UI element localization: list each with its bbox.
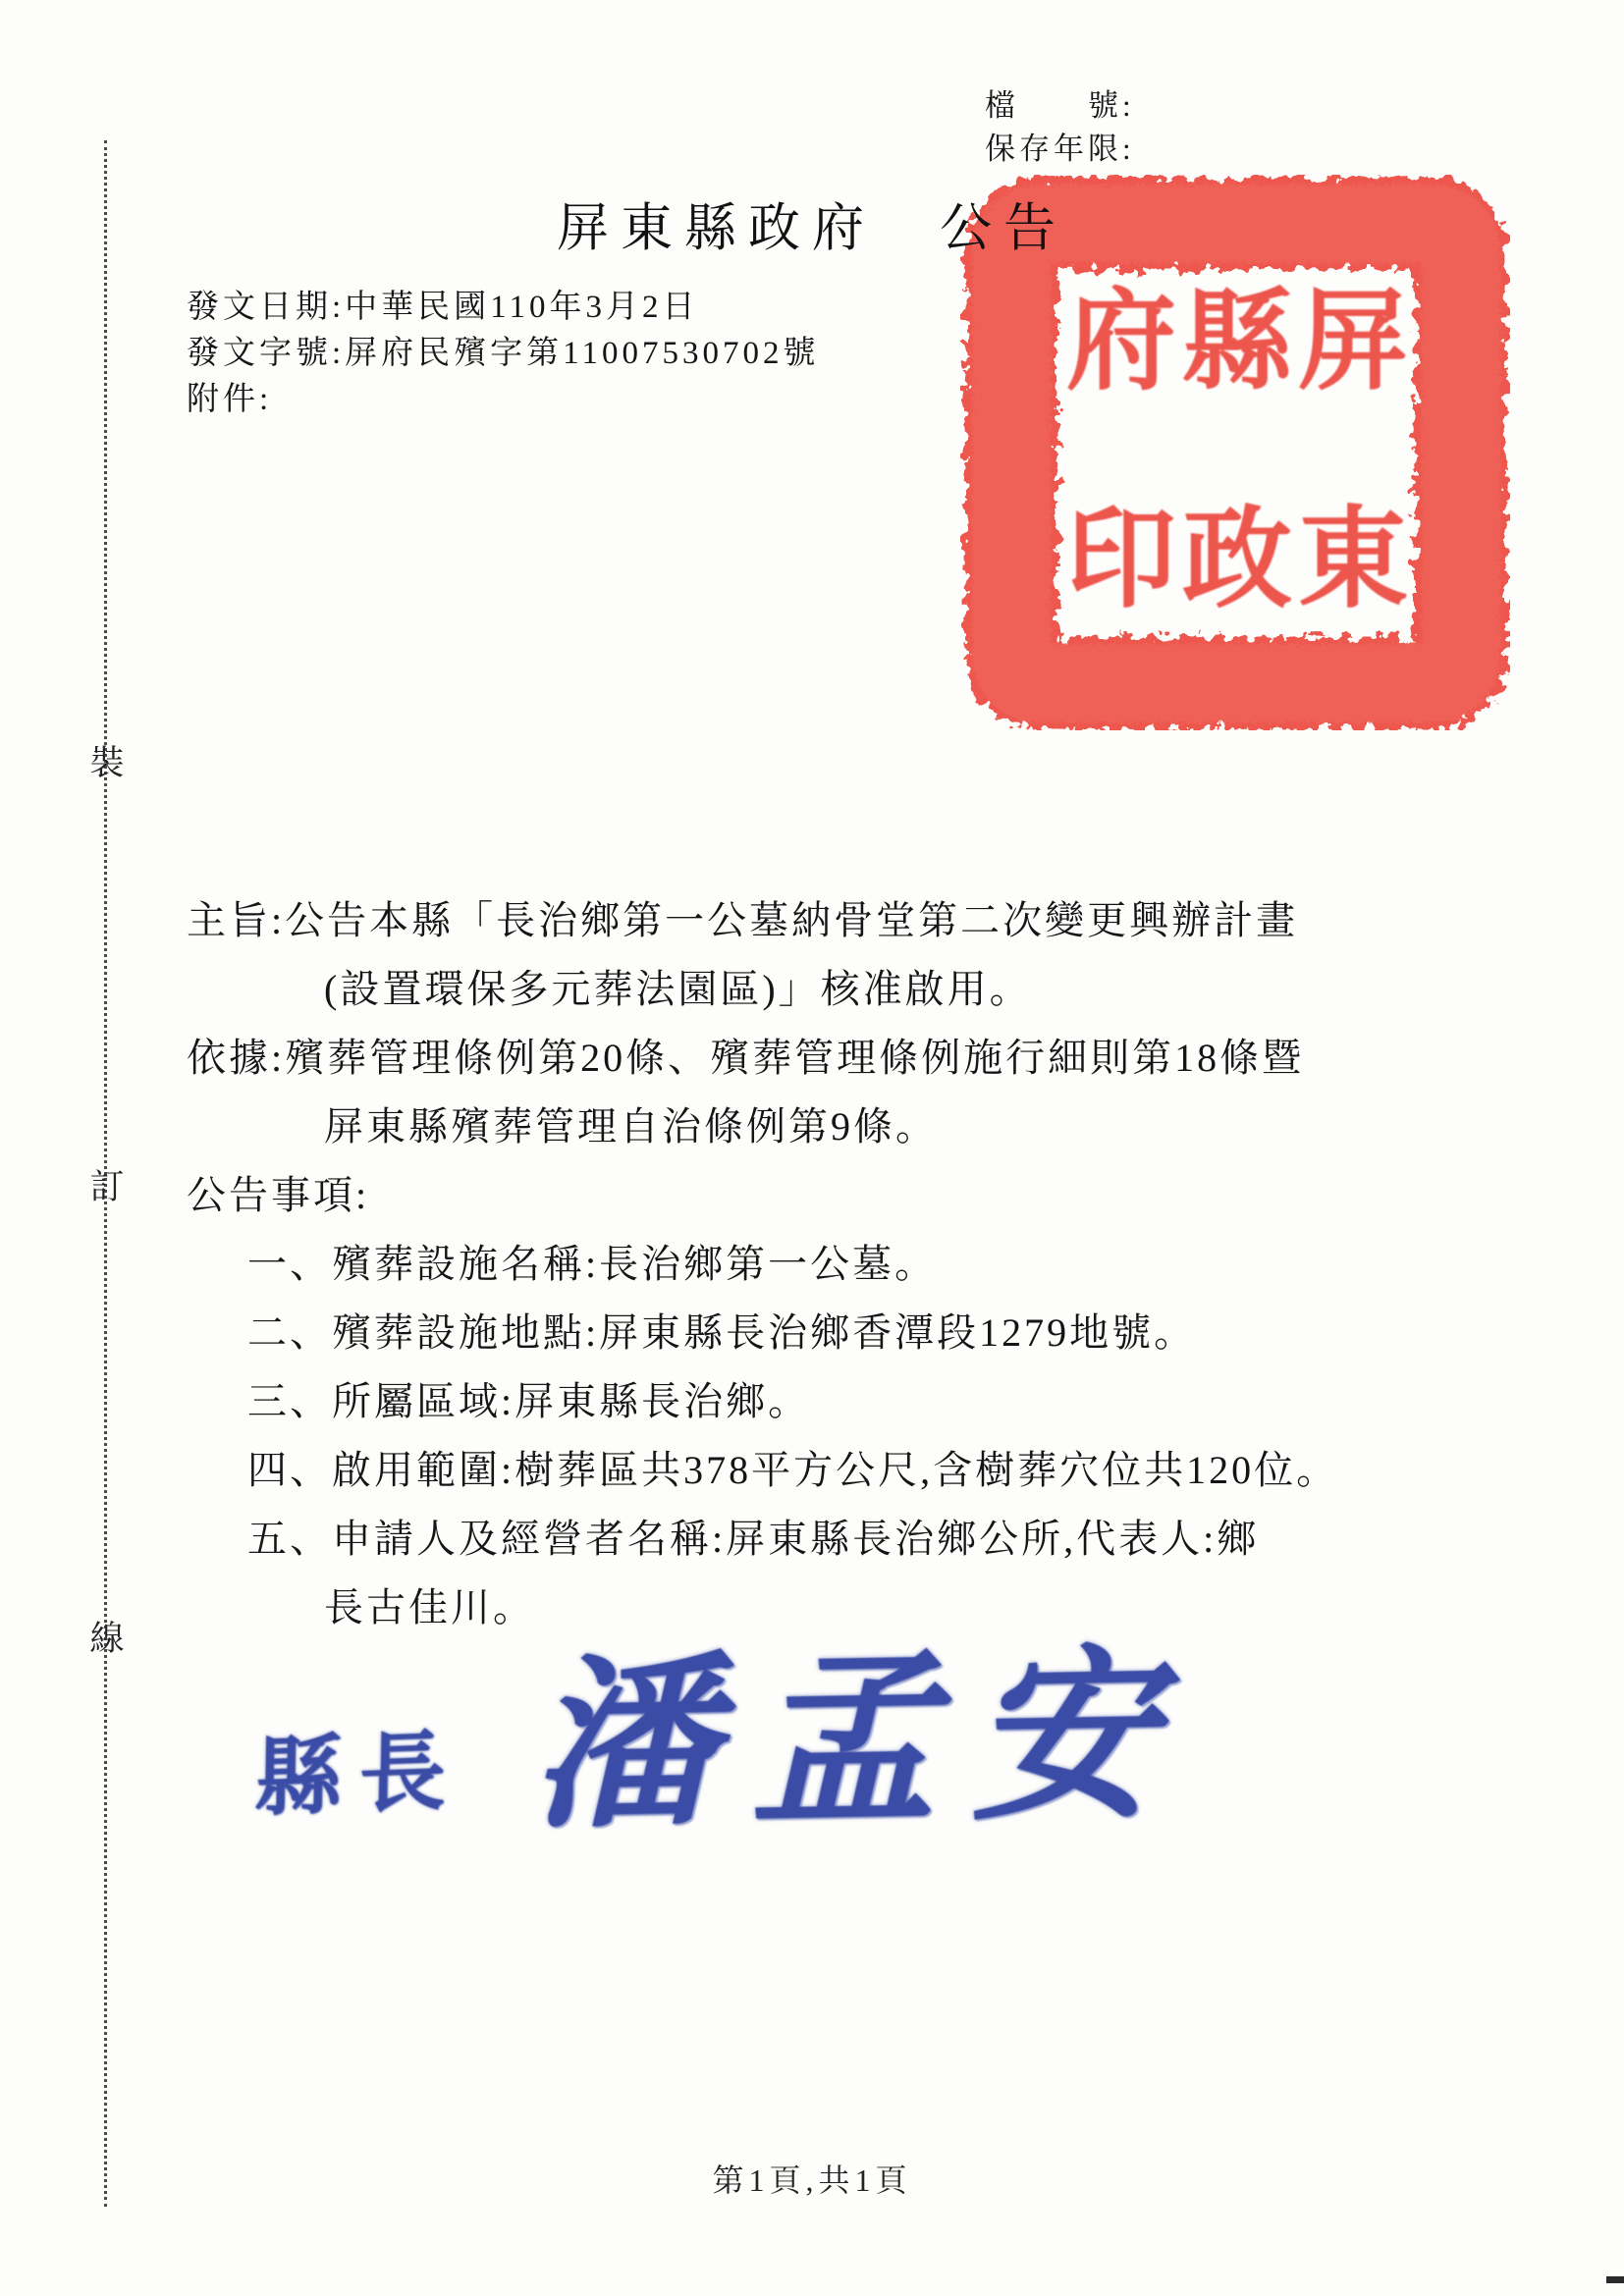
document-meta: 發文日期:中華民國110年3月2日 發文字號:屏府民殯字第11007530702… [187, 285, 819, 423]
seal-inner-characters: 屏 東 縣 政 府 印 [1066, 277, 1408, 624]
seal-char: 屏 [1298, 277, 1408, 406]
seal-char: 政 [1182, 495, 1292, 624]
binding-mark-ding: 訂 [84, 1170, 130, 1204]
page-number: 第1頁,共1頁 [0, 2156, 1624, 2201]
page-title: 屏東縣政府 公告 [0, 187, 1624, 261]
archive-labels: 檔 號: 保存年限: [985, 84, 1135, 171]
announcement-body: 主旨:公告本縣「長治鄉第一公墓納骨堂第二次變更興辦計畫 (設置環保多元葬法園區)… [187, 886, 1492, 1642]
items-heading: 公告事項: [187, 1161, 1492, 1230]
retention-period-label: 保存年限: [985, 128, 1135, 171]
subject-line-2: (設置環保多元葬法園區)」核准啟用。 [324, 955, 1492, 1024]
announcement-item-4: 四、啟用範圍:樹葬區共378平方公尺,含樹葬穴位共120位。 [247, 1436, 1492, 1505]
basis-line-2: 屏東縣殯葬管理自治條例第9條。 [324, 1093, 1492, 1161]
issue-date-line: 發文日期:中華民國110年3月2日 [187, 285, 819, 331]
attachment-line: 附件: [187, 377, 819, 423]
seal-column-left: 府 印 [1066, 277, 1176, 624]
seal-char: 印 [1066, 495, 1176, 624]
signature-block: 縣長 潘孟安 [236, 1610, 1218, 1904]
file-number-label: 檔 號: [985, 84, 1135, 128]
scan-edge-artifact [1606, 2276, 1624, 2283]
basis-line-1: 依據:殯葬管理條例第20條、殯葬管理條例施行細則第18條暨 [187, 1024, 1492, 1093]
doc-number-line: 發文字號:屏府民殯字第11007530702號 [187, 331, 819, 377]
signature-name: 潘孟安 [528, 1586, 1193, 1863]
signature-title-county-magistrate: 縣長 [254, 1702, 464, 1834]
seal-char: 縣 [1182, 277, 1292, 406]
seal-char: 府 [1066, 277, 1176, 406]
binding-mark-zhuang: 裝 [84, 746, 130, 780]
seal-column-right: 屏 東 [1298, 277, 1408, 624]
announcement-item-1: 一、殯葬設施名稱:長治鄉第一公墓。 [247, 1230, 1492, 1299]
announcement-item-3: 三、所屬區域:屏東縣長治鄉。 [247, 1367, 1492, 1436]
binding-mark-xian: 線 [84, 1622, 130, 1656]
announcement-item-2: 二、殯葬設施地點:屏東縣長治鄉香潭段1279地號。 [247, 1299, 1492, 1367]
subject-line-1: 主旨:公告本縣「長治鄉第一公墓納骨堂第二次變更興辦計畫 [187, 886, 1492, 955]
seal-column-middle: 縣 政 [1182, 277, 1292, 624]
scanned-official-announcement: 裝 訂 線 檔 號: 保存年限: 屏東縣政府 公告 [0, 0, 1624, 2296]
announcement-item-5-line-1: 五、申請人及經營者名稱:屏東縣長治鄉公所,代表人:鄉 [247, 1505, 1492, 1574]
seal-char: 東 [1298, 495, 1408, 624]
